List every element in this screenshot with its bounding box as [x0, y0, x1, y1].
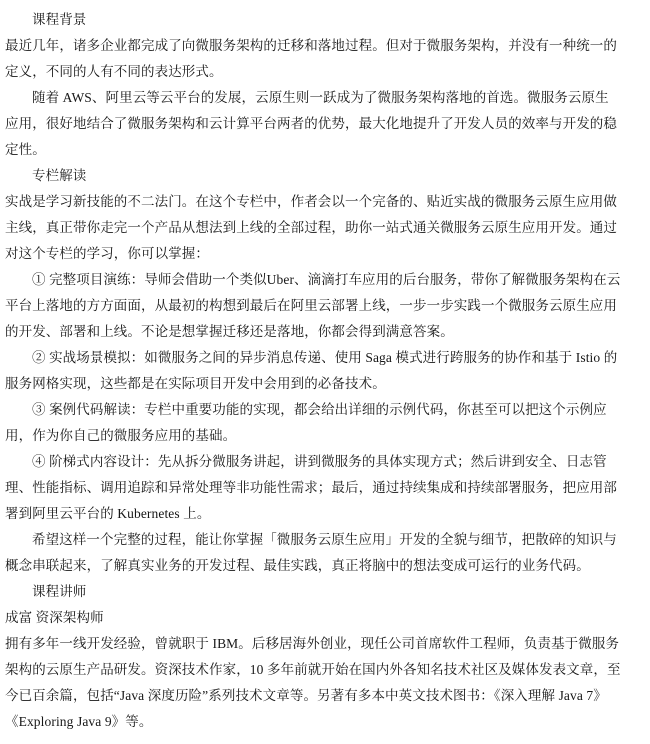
text-line: 希望这样一个完整的过程，能让你掌握「微服务云原生应用」开发的全貌与细节，把散碎的…	[5, 527, 646, 553]
text-line: 今已百余篇，包括“Java 深度历险”系列技术文章等。另著有多本中英文技术图书：…	[5, 683, 646, 709]
text-line: 《Exploring Java 9》等。	[5, 709, 646, 735]
text-line: ③ 案例代码解读：专栏中重要功能的实现，都会给出详细的示例代码，你甚至可以把这个…	[5, 397, 646, 423]
section-heading: 课程背景	[5, 7, 646, 33]
text-line: 成富 资深架构师	[5, 605, 646, 631]
section-heading: 专栏解读	[5, 163, 646, 189]
document-body: 课程背景最近几年，诸多企业都完成了向微服务架构的迁移和落地过程。但对于微服务架构…	[5, 7, 646, 735]
text-line: 定义，不同的人有不同的表达形式。	[5, 59, 646, 85]
text-line: 实战是学习新技能的不二法门。在这个专栏中，作者会以一个完备的、贴近实战的微服务云…	[5, 189, 646, 215]
text-line: 架构的云原生产品研发。资深技术作家，10 多年前就开始在国内外各知名技术社区及媒…	[5, 657, 646, 683]
text-line: ② 实战场景模拟：如微服务之间的异步消息传递、使用 Saga 模式进行跨服务的协…	[5, 345, 646, 371]
text-line: 用，作为你自己的微服务应用的基础。	[5, 423, 646, 449]
text-line: 对这个专栏的学习，你可以掌握：	[5, 241, 646, 267]
section-heading: 课程讲师	[5, 579, 646, 605]
text-line: 随着 AWS、阿里云等云平台的发展，云原生则一跃成为了微服务架构落地的首选。微服…	[5, 85, 646, 111]
text-line: 拥有多年一线开发经验，曾就职于 IBM。后移居海外创业，现任公司首席软件工程师，…	[5, 631, 646, 657]
text-line: ① 完整项目演练：导师会借助一个类似Uber、滴滴打车应用的后台服务，带你了解微…	[5, 267, 646, 293]
text-line: 应用，很好地结合了微服务架构和云计算平台两者的优势，最大化地提升了开发人员的效率…	[5, 111, 646, 137]
text-line: ④ 阶梯式内容设计：先从拆分微服务讲起，讲到微服务的具体实现方式；然后讲到安全、…	[5, 449, 646, 475]
text-line: 平台上落地的方方面面，从最初的构想到最后在阿里云部署上线，一步一步实践一个微服务…	[5, 293, 646, 319]
text-line: 署到阿里云平台的 Kubernetes 上。	[5, 501, 646, 527]
text-line: 服务网格实现，这些都是在实际项目开发中会用到的必备技术。	[5, 371, 646, 397]
text-line: 概念串联起来，了解真实业务的开发过程、最佳实践，真正将脑中的想法变成可运行的业务…	[5, 553, 646, 579]
text-line: 的开发、部署和上线。不论是想掌握迁移还是落地，你都会得到满意答案。	[5, 319, 646, 345]
text-line: 定性。	[5, 137, 646, 163]
text-line: 最近几年，诸多企业都完成了向微服务架构的迁移和落地过程。但对于微服务架构，并没有…	[5, 33, 646, 59]
document-page: 课程背景最近几年，诸多企业都完成了向微服务架构的迁移和落地过程。但对于微服务架构…	[0, 0, 650, 744]
text-line: 理、性能指标、调用追踪和异常处理等非功能性需求；最后，通过持续集成和持续部署服务…	[5, 475, 646, 501]
text-line: 主线，真正带你走完一个产品从想法到上线的全部过程，助你一站式通关微服务云原生应用…	[5, 215, 646, 241]
